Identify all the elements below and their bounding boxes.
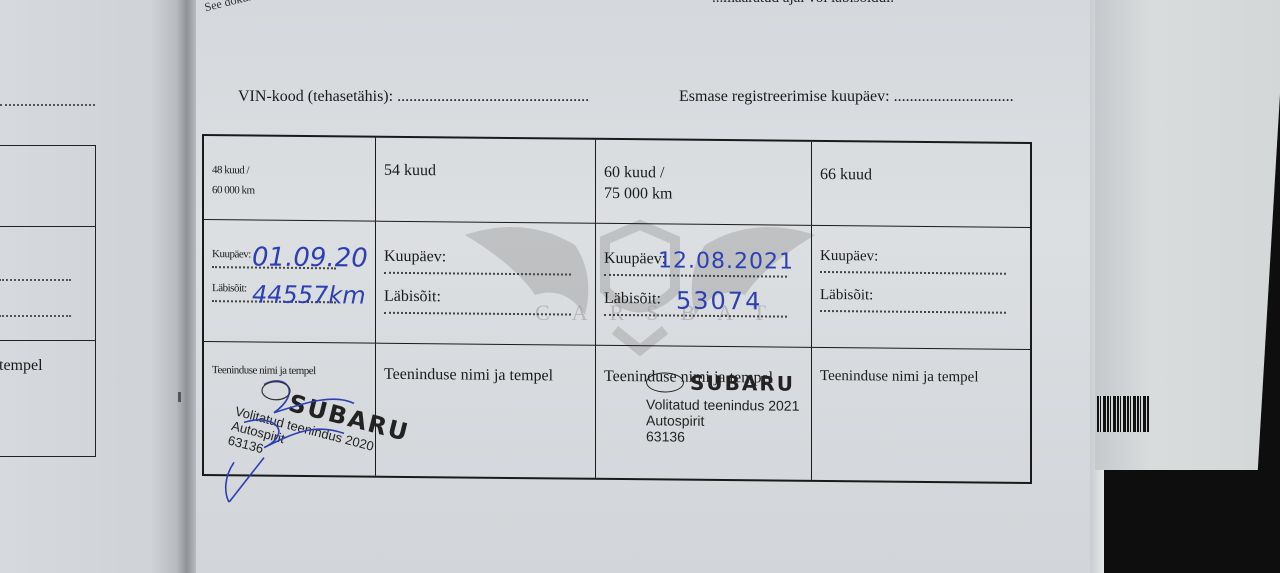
header-60-line2: 75 000 km bbox=[604, 183, 803, 206]
service-table: 48 kuud / 60 000 km 54 kuud 60 kuud / 75… bbox=[202, 134, 1032, 484]
header-cell-54: 54 kuud bbox=[376, 138, 596, 224]
header-48-line2: 60 000 km bbox=[212, 180, 367, 201]
date-dots bbox=[820, 271, 1006, 275]
stamp-cell-54: Teeninduse nimi ja tempel bbox=[376, 344, 596, 478]
first-registration-field: Esmase registreerimise kuupäev: ........… bbox=[679, 88, 1014, 106]
left-page-table: tempel bbox=[0, 145, 96, 457]
header-66-text: 66 kuud bbox=[820, 164, 1022, 187]
top-right-text-fragment: ...määratud ajal või läbisõidul. bbox=[712, 0, 894, 7]
handwritten-date: 01.09.20 bbox=[252, 242, 368, 273]
subaru-stamp-2021: SUBARU Volitatud teenindus 2021 Autospir… bbox=[646, 370, 799, 445]
date-dots bbox=[384, 272, 571, 276]
entry-cell-60: Kuupäev: Läbisõit: 12.08.2021 53074 bbox=[596, 224, 812, 348]
left-stamp-label: tempel bbox=[0, 341, 95, 375]
date-dots bbox=[604, 274, 787, 278]
stamp-line3: 63136 bbox=[646, 428, 799, 445]
left-page: tempel bbox=[0, 0, 190, 573]
header-48-line1: 48 kuud / bbox=[212, 160, 367, 181]
left-page-dotted-line bbox=[0, 104, 95, 106]
spine-mark bbox=[178, 392, 181, 402]
stamp-line2: Autospirit bbox=[646, 412, 799, 429]
mileage-label: Läbisõit: bbox=[820, 287, 1022, 306]
date-label: Kuupäev: bbox=[820, 248, 1022, 267]
signature-icon bbox=[204, 362, 374, 504]
header-48-text: 48 kuud / 60 000 km bbox=[212, 160, 367, 201]
header-54-text: 54 kuud bbox=[384, 160, 587, 183]
stamp-cell-60: Teeninduse nimi ja tempel SUBARU Volitat… bbox=[596, 346, 812, 480]
left-mileage-dots bbox=[0, 315, 71, 317]
stamp-label: Teeninduse nimi ja tempel bbox=[820, 368, 1022, 387]
mileage-dots bbox=[820, 310, 1006, 314]
subaru-stars-icon bbox=[646, 372, 684, 392]
stamp-line1: Volitatud teenindus 2021 bbox=[646, 396, 799, 413]
subaru-logo: SUBARU bbox=[690, 371, 795, 396]
date-label: Kuupäev: bbox=[384, 248, 587, 268]
header-cell-66: 66 kuud bbox=[812, 142, 1030, 228]
left-table-header-cell bbox=[0, 146, 95, 227]
handwritten-mileage: 44557km bbox=[252, 280, 366, 309]
entry-cell-48: Kuupäev: Läbisõit: 01.09.20 44557km bbox=[204, 220, 376, 344]
handwritten-date: 12.08.2021 bbox=[658, 248, 794, 274]
entry-cell-66: Kuupäev: Läbisõit: bbox=[812, 226, 1030, 350]
barcode-icon bbox=[1097, 396, 1149, 432]
header-cell-60: 60 kuud / 75 000 km bbox=[596, 140, 812, 226]
stamp-cell-66: Teeninduse nimi ja tempel bbox=[812, 348, 1030, 482]
mileage-dots bbox=[384, 312, 571, 316]
left-date-dots bbox=[0, 279, 71, 281]
header-cell-48: 48 kuud / 60 000 km bbox=[204, 136, 376, 222]
handwritten-mileage: 53074 bbox=[676, 287, 762, 316]
vin-field: VIN-kood (tehasetähis): ................… bbox=[238, 88, 589, 106]
stamp-cell-48: Teeninduse nimi ja tempel SUBARU Volitat… bbox=[204, 342, 376, 476]
entry-cell-54: Kuupäev: Läbisõit: bbox=[376, 222, 596, 346]
header-60-line1: 60 kuud / bbox=[604, 162, 803, 185]
subaru-header: SUBARU bbox=[646, 370, 799, 395]
stamp-label: Teeninduse nimi ja tempel bbox=[384, 366, 587, 386]
mileage-label: Läbisõit: bbox=[384, 288, 587, 308]
left-table-entry-cell bbox=[0, 227, 95, 341]
header-60-text: 60 kuud / 75 000 km bbox=[604, 162, 803, 206]
